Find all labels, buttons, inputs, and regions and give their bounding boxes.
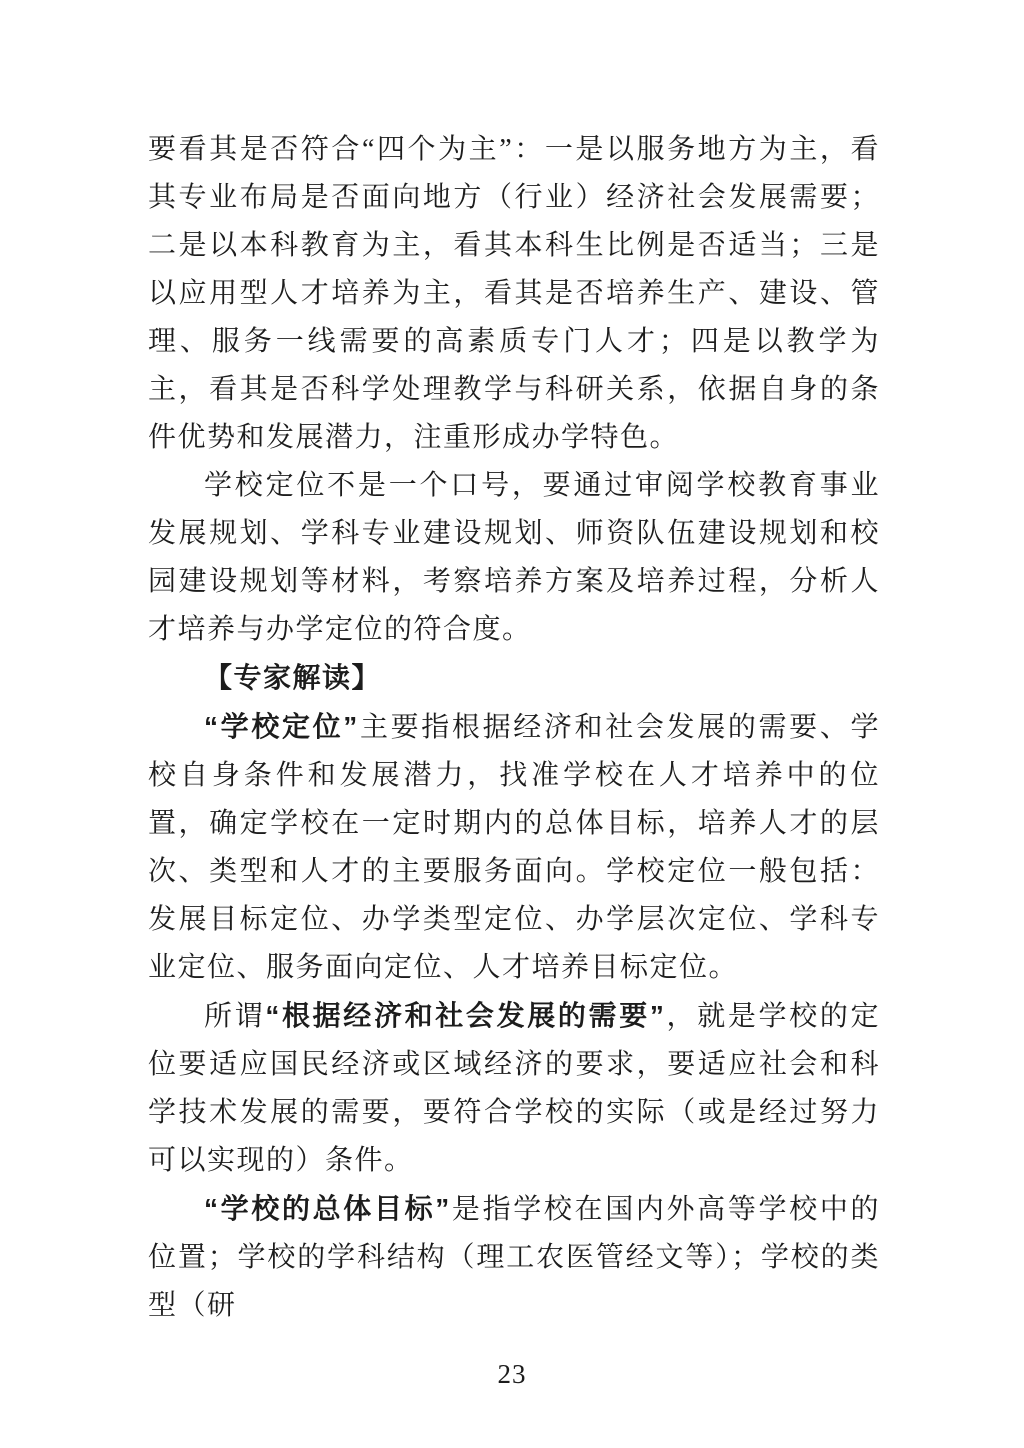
paragraph: 所谓“根据经济和社会发展的需要”，就是学校的定位要适应国民经济或区域经济的要求，…: [148, 992, 880, 1185]
paragraph: “学校定位”主要指根据经济和社会发展的需要、学校自身条件和发展潜力，找准学校在人…: [148, 703, 880, 992]
emphasis-text: 【专家解读】: [204, 662, 381, 693]
document-body: 要看其是否符合“四个为主”：一是以服务地方为主，看其专业布局是否面向地方（行业）…: [148, 126, 880, 1330]
body-text: 学校定位不是一个口号，要通过审阅学校教育事业发展规划、学科专业建设规划、师资队伍…: [148, 470, 880, 645]
section-heading: 【专家解读】: [148, 654, 880, 703]
emphasis-text: “根据经济和社会发展的需要”: [265, 1000, 665, 1031]
emphasis-text: “学校的总体目标”: [204, 1193, 451, 1224]
paragraph: “学校的总体目标”是指学校在国内外高等学校中的位置；学校的学科结构（理工农医管经…: [148, 1185, 880, 1330]
body-text: 所谓: [204, 1001, 265, 1032]
paragraph: 学校定位不是一个口号，要通过审阅学校教育事业发展规划、学科专业建设规划、师资队伍…: [148, 462, 880, 654]
body-text: 要看其是否符合“四个为主”：一是以服务地方为主，看其专业布局是否面向地方（行业）…: [148, 134, 880, 453]
document-page: 要看其是否符合“四个为主”：一是以服务地方为主，看其专业布局是否面向地方（行业）…: [0, 0, 1024, 1448]
emphasis-text: “学校定位”: [204, 711, 359, 742]
body-text: 主要指根据经济和社会发展的需要、学校自身条件和发展潜力，找准学校在人才培养中的位…: [148, 712, 880, 983]
paragraph: 要看其是否符合“四个为主”：一是以服务地方为主，看其专业布局是否面向地方（行业）…: [148, 126, 880, 462]
page-number: 23: [0, 1359, 1024, 1390]
